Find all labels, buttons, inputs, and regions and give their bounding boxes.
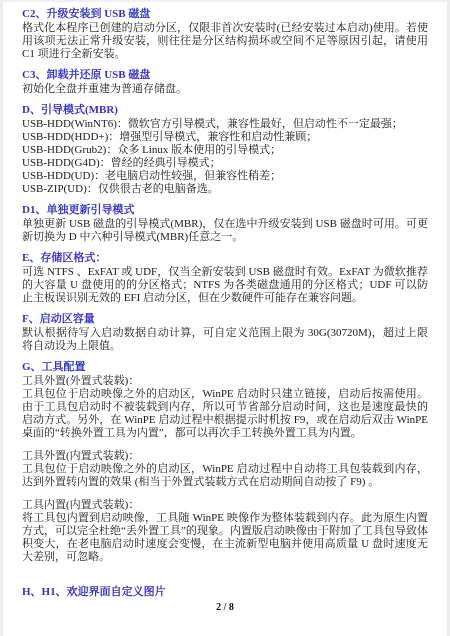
subsection-external-external: 工具外置(外置式装载)： 工具包位于启动映像之外的启动区，WinPE 启动时只建… bbox=[22, 375, 428, 440]
section-h: H、H1、欢迎界面自定义图片 bbox=[22, 564, 428, 600]
paragraph: 格式化本程序已创建的启动分区，仅限非首次安装时(已经安装过本启动)使用。若使用该… bbox=[22, 22, 428, 61]
paragraph: 初始化全盘并重建为普通存储盘。 bbox=[22, 83, 428, 96]
boot-mode-line: USB-HDD(Grub2)：众多 Linux 版本使用的引导模式； bbox=[22, 144, 428, 157]
paragraph: 可选 NTFS 、ExFAT 或 UDF，仅当全新安装到 USB 磁盘时有效。E… bbox=[22, 266, 428, 305]
section-heading-g: G、工具配置 bbox=[22, 361, 428, 374]
subsection-label: 工具内置(内置式装载)： bbox=[22, 499, 428, 512]
boot-mode-line: USB-HDD(HDD+)：增强型引导模式，兼容性和启动性兼顾； bbox=[22, 131, 428, 144]
section-heading-e: E、存储区格式： bbox=[22, 252, 428, 265]
paragraph: 单独更新 USB 磁盘的引导模式(MBR)，仅在选中升级安装到 USB 磁盘时可… bbox=[22, 218, 428, 244]
document-page: C2、升级安装到 USB 磁盘 格式化本程序已创建的启动分区，仅限非首次安装时(… bbox=[0, 0, 450, 636]
subsection-external-internal: 工具外置(内置式装载)： 工具包位于启动映像之外的启动区，WinPE 启动过程中… bbox=[22, 450, 428, 489]
paragraph: 工具包位于启动映像之外的启动区，WinPE 启动过程中自动将工具包装载到内存，达… bbox=[22, 463, 428, 489]
boot-mode-line: USB-HDD(WinNT6)：微软官方引导模式，兼容性最好，但启动性不一定最强… bbox=[22, 118, 428, 131]
page-footer: 2 / 8 bbox=[22, 601, 428, 636]
section-heading-d: D、引导模式(MBR) bbox=[22, 104, 428, 117]
section-c3: C3、卸载并还原 USB 磁盘 初始化全盘并重建为普通存储盘。 bbox=[22, 61, 428, 96]
section-d1: D1、单独更新引导模式 单独更新 USB 磁盘的引导模式(MBR)，仅在选中升级… bbox=[22, 196, 428, 244]
paragraph: 工具包位于启动映像之外的启动区，WinPE 启动时只建立链接，启动后按需使用。由… bbox=[22, 388, 428, 440]
section-f: F、启动区容量 默认根据待写入启动数据自动计算，可自定义范围上限为 30G(30… bbox=[22, 305, 428, 353]
section-heading-c3: C3、卸载并还原 USB 磁盘 bbox=[22, 69, 428, 82]
section-g: G、工具配置 工具外置(外置式装载)： 工具包位于启动映像之外的启动区，WinP… bbox=[22, 353, 428, 564]
section-heading-f: F、启动区容量 bbox=[22, 313, 428, 326]
page-number: 2 / 8 bbox=[216, 602, 234, 613]
section-e: E、存储区格式： 可选 NTFS 、ExFAT 或 UDF，仅当全新安装到 US… bbox=[22, 244, 428, 305]
boot-mode-line: USB-HDD(G4D)：曾经的经典引导模式； bbox=[22, 157, 428, 170]
section-heading-c2: C2、升级安装到 USB 磁盘 bbox=[22, 8, 428, 21]
subsection-label: 工具外置(内置式装载)： bbox=[22, 450, 428, 463]
section-c2: C2、升级安装到 USB 磁盘 格式化本程序已创建的启动分区，仅限非首次安装时(… bbox=[22, 8, 428, 61]
section-heading-d1: D1、单独更新引导模式 bbox=[22, 204, 428, 217]
paragraph: 默认根据待写入启动数据自动计算，可自定义范围上限为 30G(30720M)，超过… bbox=[22, 327, 428, 353]
section-d: D、引导模式(MBR) USB-HDD(WinNT6)：微软官方引导模式，兼容性… bbox=[22, 96, 428, 196]
subsection-label: 工具外置(外置式装载)： bbox=[22, 375, 428, 388]
boot-mode-line: USB-ZIP(UD)：仅供很古老的电脑备选。 bbox=[22, 183, 428, 196]
section-heading-h: H、H1、欢迎界面自定义图片 bbox=[22, 586, 428, 599]
boot-mode-line: USB-HDD(UD)：老电脑启动性较强，但兼容性稍差； bbox=[22, 170, 428, 183]
paragraph: 将工具包内置到启动映像，工具随 WinPE 映像作为整体装载到内存。此为原生内置… bbox=[22, 512, 428, 564]
subsection-internal-internal: 工具内置(内置式装载)： 将工具包内置到启动映像，工具随 WinPE 映像作为整… bbox=[22, 499, 428, 564]
